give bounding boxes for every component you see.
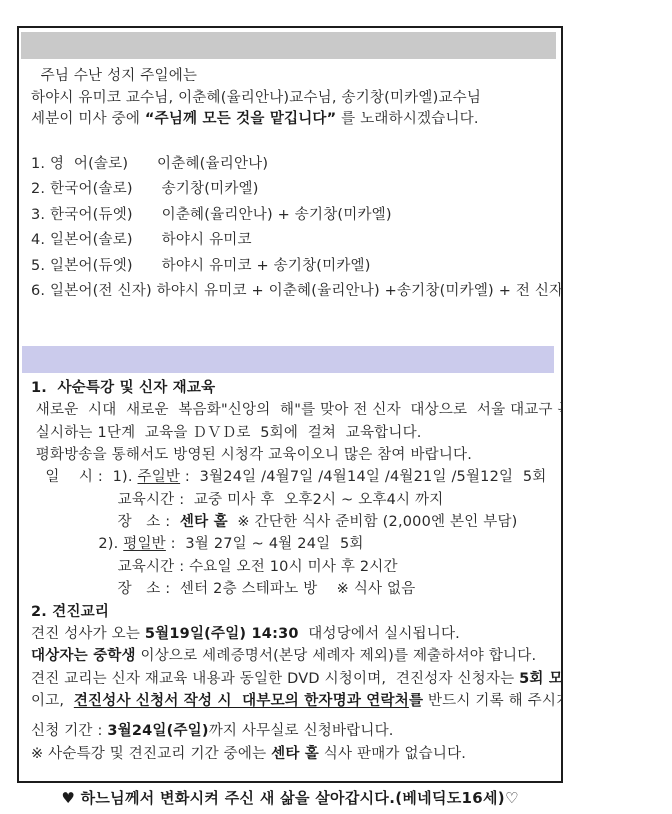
section2-header-bar: ♣사순 특강 및 견진 교리 / 신자 재교육 안내 (22, 346, 554, 373)
text-segment: 2. 한국어(솔로) 송기창(미카엘) (31, 181, 259, 197)
text-segment: 를 노래하시겠습니다. (336, 111, 478, 127)
body-line: 이고, 견진성사 신청서 작성 시 대부모의 한자명과 연락처를 반드시 기록 … (31, 690, 561, 712)
intro-line: 하야시 유미코 교수님, 이춘혜(율리안나)교수님, 송기창(미카엘)교수님 (31, 88, 561, 110)
body-line: 대상자는 중학생 이상으로 세례증명서(본당 세례자 제외)를 제출하셔야 합니… (31, 645, 561, 667)
body-line: 장 소 : 센타 홀 ※ 간단한 식사 준비함 (2,000엔 본인 부담) (31, 511, 561, 533)
text-segment: 1. 사순특강 및 신자 재교육 (31, 380, 215, 396)
text-segment: 일 시 : 1). (31, 469, 138, 485)
song-list-item: 6. 일본어(전 신자) 하야시 유미코 + 이춘혜(율리안나) +송기창(미카… (31, 279, 561, 305)
section1-song-list: 1. 영 어(솔로) 이춘혜(율리안나)2. 한국어(솔로) 송기창(미카엘)3… (19, 152, 561, 306)
section2-body: 1. 사순특강 및 신자 재교육 새로운 시대 새로운 복음화"신앙의 해"를 … (19, 377, 561, 765)
song-list-item: 5. 일본어(듀엣) 하야시 유미코 + 송기창(미카엘) (31, 254, 561, 280)
text-segment: 평화방송을 통해서도 방영된 시청각 교육이오니 많은 참여 바랍니다. (31, 447, 472, 463)
intro-line: 세분이 미사 중에 “주님께 모든 것을 맡깁니다” 를 노래하시겠습니다. (31, 109, 561, 131)
text-segment: 4. 일본어(솔로) 하야시 유미코 (31, 232, 252, 248)
section1-header-bar: ♣3월24일 (주님 수난 성지 주일) 안내 (21, 32, 556, 59)
text-segment: 견진 교리는 신자 재교육 내용과 동일한 DVD 시청이며, 견진성자 신청자… (31, 671, 519, 687)
text-segment: 교육시간 : 수요일 오전 10시 미사 후 2시간 (31, 559, 398, 575)
text-segment: ※ 사순특강 및 견진교리 기간 중에는 (31, 746, 271, 762)
text-segment: : 3월 27일 ~ 4월 24일 5회 (166, 536, 364, 552)
section1-intro: 주님 수난 성지 주일에는하야시 유미코 교수님, 이춘혜(율리안나)교수님, … (19, 66, 561, 131)
text-segment: 견진 성사가 오는 (31, 626, 145, 642)
text-segment: 평일반 (123, 536, 166, 552)
body-line: 교육시간 : 수요일 오전 10시 미사 후 2시간 (31, 556, 561, 578)
song-list-item: 3. 한국어(듀엣) 이춘혜(율리안나) + 송기창(미카엘) (31, 203, 561, 229)
text-segment: 장 소 : (31, 514, 180, 530)
text-segment: 6. 일본어(전 신자) 하야시 유미코 + 이춘혜(율리안나) +송기창(미카… (31, 283, 563, 299)
text-segment: 신청 기간 : (31, 723, 107, 739)
text-segment: 대상자는 중학생 (31, 648, 136, 664)
song-list-item: 2. 한국어(솔로) 송기창(미카엘) (31, 177, 561, 203)
text-segment: 주님 수난 성지 주일에는 (31, 68, 197, 84)
text-segment: 새로운 시대 새로운 복음화"신앙의 해"를 맞아 전 신자 대상으로 서울 대… (31, 402, 563, 418)
body-line: 견진 교리는 신자 재교육 내용과 동일한 DVD 시청이며, 견진성자 신청자… (31, 668, 561, 690)
text-segment: 5월19일(주일) 14:30 (145, 626, 299, 642)
song-list-item: 4. 일본어(솔로) 하야시 유미코 (31, 228, 561, 254)
text-segment: 2). (31, 536, 123, 552)
text-segment: 주일반 (138, 469, 181, 485)
text-segment: “주님께 모든 것을 맡깁니다” (145, 111, 336, 127)
body-line: 새로운 시대 새로운 복음화"신앙의 해"를 맞아 전 신자 대상으로 서울 대… (31, 399, 561, 421)
body-line: 일 시 : 1). 주일반 : 3월24일 /4월7일 /4월14일 /4월21… (31, 466, 561, 488)
text-segment: 실시하는 1단계 교육을 ＤＶＤ로 5회에 걸쳐 교육합니다. (31, 425, 422, 441)
text-segment: ※ 간단한 식사 준비함 (2,000엔 본인 부담) (228, 514, 518, 530)
text-segment: 1. 영 어(솔로) 이춘혜(율리안나) (31, 156, 268, 172)
text-segment: 반드시 기록 해 주시기 바랍니다. (423, 693, 563, 709)
body-line: 교육시간 : 교중 미사 후 오후2시 ~ 오후4시 까지 (31, 489, 561, 511)
bulletin-page: ♣3월24일 (주님 수난 성지 주일) 안내 주님 수난 성지 주일에는하야시… (0, 0, 672, 814)
footer-quote: ♥ 하느님께서 변화시켜 주신 새 삶을 살아갑시다.(베네딕도16세)♡ (17, 787, 563, 808)
song-list-item: 1. 영 어(솔로) 이춘혜(율리안나) (31, 152, 561, 178)
body-line: ※ 사순특강 및 견진교리 기간 중에는 센타 홀 식사 판매가 없습니다. (31, 743, 561, 765)
text-segment: 2. 견진교리 (31, 604, 109, 620)
body-line: 1. 사순특강 및 신자 재교육 (31, 377, 561, 399)
text-segment: 대성당에서 실시됩니다. (299, 626, 460, 642)
text-segment: 하야시 유미코 교수님, 이춘혜(율리안나)교수님, 송기창(미카엘)교수님 (31, 90, 481, 106)
text-segment: 세분이 미사 중에 (31, 111, 145, 127)
text-segment: 까지 사무실로 신청바랍니다. (209, 723, 394, 739)
text-segment: 교육시간 : 교중 미사 후 오후2시 ~ 오후4시 까지 (31, 492, 443, 508)
text-segment: 5. 일본어(듀엣) 하야시 유미코 + 송기창(미카엘) (31, 258, 371, 274)
text-segment: 이고, (31, 693, 74, 709)
body-line: 실시하는 1단계 교육을 ＤＶＤ로 5회에 걸쳐 교육합니다. (31, 422, 561, 444)
body-line: 신청 기간 : 3월24일(주일)까지 사무실로 신청바랍니다. (31, 720, 561, 742)
text-segment: 이상으로 세례증명서(본당 세례자 제외)를 제출하셔야 합니다. (136, 648, 537, 664)
text-segment: 3. 한국어(듀엣) 이춘혜(율리안나) + 송기창(미카엘) (31, 207, 392, 223)
body-line: 평화방송을 통해서도 방영된 시청각 교육이오니 많은 참여 바랍니다. (31, 444, 561, 466)
body-line: 2). 평일반 : 3월 27일 ~ 4월 24일 5회 (31, 533, 561, 555)
text-segment: 센타 홀 (180, 514, 228, 530)
text-segment: 장 소 : 센터 2층 스테파노 방 ※ 식사 없음 (31, 581, 415, 597)
content-border-box: ♣3월24일 (주님 수난 성지 주일) 안내 주님 수난 성지 주일에는하야시… (17, 26, 563, 783)
text-segment: 5회 모두 출석 의무 (519, 671, 563, 687)
intro-line: 주님 수난 성지 주일에는 (31, 66, 561, 88)
body-line: 장 소 : 센터 2층 스테파노 방 ※ 식사 없음 (31, 578, 561, 600)
text-segment: 견진성사 신청서 작성 시 대부모의 한자명과 연락처 (74, 693, 409, 709)
body-line: 2. 견진교리 (31, 601, 561, 623)
text-segment: 식사 판매가 없습니다. (319, 746, 466, 762)
text-segment: 센타 홀 (271, 746, 319, 762)
text-segment: 를 (409, 693, 423, 709)
text-segment: : 3월24일 /4월7일 /4월14일 /4월21일 /5월12일 5회 (180, 469, 546, 485)
text-segment: 3월24일(주일) (107, 723, 208, 739)
body-line: 견진 성사가 오는 5월19일(주일) 14:30 대성당에서 실시됩니다. (31, 623, 561, 645)
